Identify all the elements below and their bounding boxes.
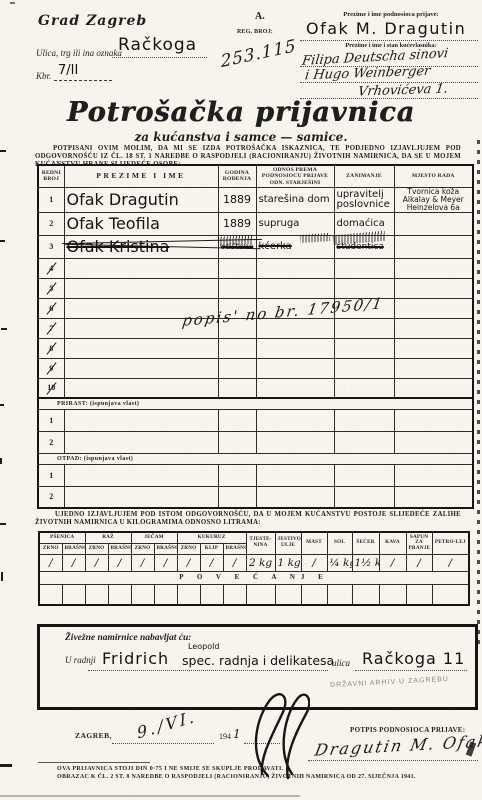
supply-value: / [131,554,154,571]
scribble-mark [218,235,253,246]
member-year: 1889 [218,187,256,212]
empty-cell [200,584,223,605]
year-print: 194 [219,732,231,741]
supply-value: / [154,554,177,571]
prirast-otpad-table: PRIRAST: (ispunjava vlast) 1 2 OTPAD: (i… [37,397,474,509]
supply-value: / [85,554,108,571]
reg-broj-label: REG. BROJ: [237,29,273,35]
sub-zrno: ZRNO [39,543,62,554]
prirast-row: 1 [38,409,473,431]
prirast-label: PRIRAST: (ispunjava vlast) [38,398,473,409]
in-shop-label: U radnji [65,655,96,665]
sub-brasno: BRAŠNO [154,543,177,554]
row-number: 6 [38,298,64,318]
sub-zrno: ZRNO [85,543,108,554]
col-petrolej: PETRO-LEJ [432,532,469,554]
applicant-label: Prezime i ime podnosioca prijave: [305,11,477,18]
empty-cell [256,358,334,378]
col-kukuruz: KUKURUZ [177,532,246,543]
form-subtitle: za kućanstva i samce — samice. [0,130,482,144]
supply-value: / [223,554,246,571]
empty-cell [64,378,218,398]
empty-cell [432,584,469,605]
member-relation: supruga [256,212,334,235]
empty-cell [275,584,301,605]
supply-value: / [406,554,432,571]
sub-klip: KLIP [200,543,223,554]
empty-cell [246,584,275,605]
member-row-empty: 8 [38,338,473,358]
landlord-label: Prezime i ime i stan kućevlasnika: [308,42,474,49]
supplies-empty-row [39,584,469,605]
sub-zrno: ZRNO [131,543,154,554]
member-name: Ofak Dragutin [64,187,218,212]
perforation-dots [477,140,480,645]
empty-cell [218,258,256,278]
empty-cell [334,258,394,278]
empty-cell [394,258,473,278]
potpis-signature: Dragutin M. Ofak [313,731,482,759]
empty-cell [39,584,62,605]
member-occupation: upravitelj poslovnice [334,187,394,212]
col-raz: RAŽ [85,532,131,543]
row-number: 5 [38,278,64,298]
povecanje-label: P O V E Ć A NJ E [39,571,469,584]
empty-cell [64,409,218,431]
member-row: 2 Ofak Teofila 1889 supruga domaćica [38,212,473,235]
row-number: 1 [38,187,64,212]
col-mast: MAST [301,532,327,554]
members-table: REDNI BROJ PREZIME I IME GODINA ROĐENJA … [37,164,474,399]
povecanje-row: P O V E Ć A NJ E [39,571,469,584]
supply-value: 1 kg [275,554,301,571]
col-tjestenina: TJESTE-NINA [246,532,275,554]
empty-cell [394,486,473,508]
otpad-label: OTPAD: (ispunjava vlast) [38,453,473,464]
supplies-table: PŠENICA RAŽ JEČAM KUKURUZ TJESTE-NINA JE… [38,531,470,606]
empty-cell [394,358,473,378]
empty-cell [154,584,177,605]
empty-cell [394,318,473,338]
shop-desc-value: spec. radnja i delikatesa [182,653,334,668]
otpad-row: 1 [38,464,473,486]
member-workplace: Tvornica koža Alkalay & Meyer Heinzelova… [394,187,473,212]
empty-cell [394,409,473,431]
empty-cell [218,486,256,508]
shop-street-value: Račkoga 11 [362,649,465,668]
empty-cell [64,358,218,378]
row-number: 8 [38,338,64,358]
scan-mark [0,458,2,464]
kbr-value: 7/II [58,63,78,78]
shop-street-label: ulica [332,658,350,668]
empty-cell [394,464,473,486]
col-prezime-ime: PREZIME I IME [64,165,218,187]
scan-mark [0,240,5,242]
scan-mark [1,328,7,330]
supplies-group-header-row: PŠENICA RAŽ JEČAM KUKURUZ TJESTE-NINA JE… [39,532,469,543]
reg-broj-value: 253.115 [220,36,297,72]
row-number: 10 [38,378,64,398]
supplies-values-row: / / / / / / / / / 2 kg 1 kg / ¼ kg 1½ kg… [39,554,469,571]
sub-brasno: BRAŠNO [108,543,131,554]
footer-rule [38,762,150,763]
empty-cell [394,298,473,318]
empty-cell [394,378,473,398]
kbr-underline [54,80,112,81]
empty-cell [334,358,394,378]
empty-cell [108,584,131,605]
empty-cell [256,431,334,453]
col-sol: SOL [327,532,352,554]
empty-cell [218,464,256,486]
landlord-line2: i Hugo Weinberger [304,64,431,83]
col-odnos: ODNOS PREMA PODNOSIOCU PRIJAVE ODN. STAR… [256,165,334,187]
empty-cell [394,431,473,453]
declaration-2: UJEDNO IZJAVLJUJEM POD ISTOM ODGOVORNOŠĆ… [35,511,461,527]
prirast-row: 2 [38,431,473,453]
col-secer: ŠEĆER [352,532,379,554]
empty-cell [64,338,218,358]
kbr-label: Kbr. [36,71,51,81]
col-zanimanje: ZANIMANJE [334,165,394,187]
empty-cell [64,464,218,486]
empty-cell [334,486,394,508]
row-number: 2 [38,431,64,453]
supply-value: ¼ kg [327,554,352,571]
empty-cell [177,584,200,605]
empty-cell [218,431,256,453]
supply-value: 1½ kg [352,554,379,571]
empty-cell [131,584,154,605]
member-name: Ofak Teofila [64,212,218,235]
row-number: 9 [38,358,64,378]
members-header-row: REDNI BROJ PREZIME I IME GODINA ROĐENJA … [38,165,473,187]
empty-cell [218,378,256,398]
scan-mark [10,2,15,4]
member-row-empty: 9 [38,358,473,378]
empty-cell [334,464,394,486]
empty-cell [334,318,394,338]
city-name: Grad Zagreb [38,13,147,29]
supply-value: / [39,554,62,571]
supply-value: / [200,554,223,571]
empty-cell [394,338,473,358]
row-number: 2 [38,212,64,235]
footer-line-1: OVA PRIJAVNICA STOJI DIN 0·75 I NE SMIJE… [57,766,284,772]
prirast-heading-row: PRIRAST: (ispunjava vlast) [38,398,473,409]
empty-cell [218,338,256,358]
empty-cell [62,584,85,605]
row-number: 3 [38,235,64,258]
col-redni-broj: REDNI BROJ [38,165,64,187]
scan-mark [0,404,4,406]
document-page: Grad Zagreb Ulica, trg ili ina oznaka Ra… [0,0,482,800]
empty-cell [406,584,432,605]
empty-cell [301,584,327,605]
street-underline [112,57,207,58]
sub-brasno: BRAŠNO [223,543,246,554]
col-kava: KAVA [379,532,406,554]
empty-cell [218,278,256,298]
supply-value: / [301,554,327,571]
shop-name-superscript: Leopold [188,642,219,651]
street-label: Ulica, trg ili ina oznaka [36,48,122,58]
empty-cell [85,584,108,605]
empty-cell [256,409,334,431]
shop-underline-1 [88,670,328,671]
scan-mark [1,572,3,581]
col-mjesto-rada: MJESTO RADA [394,165,473,187]
place-label: ZAGREB, [75,731,112,740]
col-godina-rodjenja: GODINA ROĐENJA [218,165,256,187]
empty-cell [327,584,352,605]
empty-cell [64,278,218,298]
col-jestivo-ulje: JESTIVO ULJE [275,532,301,554]
empty-cell [218,358,256,378]
col-sapun: SAPUN ZA PRANJE [406,532,432,554]
row-number: 7 [38,318,64,338]
empty-cell [394,278,473,298]
shop-underline-2 [355,670,467,671]
empty-cell [223,584,246,605]
archive-stamp: DRŽAVNI ARHIV U ZAGREBU [330,676,449,689]
member-row: 1 Ofak Dragutin 1889 starešina dom uprav… [38,187,473,212]
supply-value: / [432,554,469,571]
empty-cell [379,584,406,605]
row-number: 1 [38,464,64,486]
member-relation: starešina dom [256,187,334,212]
empty-cell [352,584,379,605]
row-number: 1 [38,409,64,431]
otpad-heading-row: OTPAD: (ispunjava vlast) [38,453,473,464]
member-row-empty: 4 [38,258,473,278]
member-year: 1889 [218,212,256,235]
row-number: 4 [38,258,64,278]
shop-name-value: Fridrich [102,649,169,668]
date-hand: 9./VI. [136,707,198,743]
scan-mark [0,764,12,767]
footer-line-2: OBRAZAC K ČL. 2 ST. 8 NAREDBE O RASPODJE… [57,774,416,780]
empty-cell [334,409,394,431]
supply-value: / [62,554,85,571]
empty-cell [334,378,394,398]
supply-value: / [379,554,406,571]
empty-cell [256,338,334,358]
scan-mark [0,523,6,525]
supply-value: / [177,554,200,571]
section-letter: A. [255,11,265,22]
member-row-empty: 10 [38,378,473,398]
shop-note-label: Živežne namirnice nabavljat ću: [65,633,191,643]
empty-cell [64,258,218,278]
col-psenica: PŠENICA [39,532,85,543]
empty-cell [256,486,334,508]
date-line [112,743,214,744]
empty-cell [256,258,334,278]
scan-mark [0,150,6,152]
empty-cell [218,409,256,431]
form-title: Potrošačka prijavnica [0,97,482,128]
row-number: 2 [38,486,64,508]
supply-value: 2 kg [246,554,275,571]
sub-brasno: BRAŠNO [62,543,85,554]
empty-cell [334,338,394,358]
member-row-empty: 5 [38,278,473,298]
applicant-underline [300,40,478,41]
member-workplace [394,235,473,258]
street-value: Račkoga [118,35,197,55]
sub-zrno: ZRNO [177,543,200,554]
member-workplace [394,212,473,235]
empty-cell [256,278,334,298]
empty-cell [256,378,334,398]
empty-cell [256,464,334,486]
applicant-value: Ofak M. Dragutin [306,19,466,38]
empty-cell [64,486,218,508]
scan-mark [0,795,300,797]
empty-cell [64,431,218,453]
potpis-underline [308,760,478,761]
otpad-row: 2 [38,486,473,508]
col-jecam: JEČAM [131,532,177,543]
empty-cell [334,431,394,453]
supply-value: / [108,554,131,571]
